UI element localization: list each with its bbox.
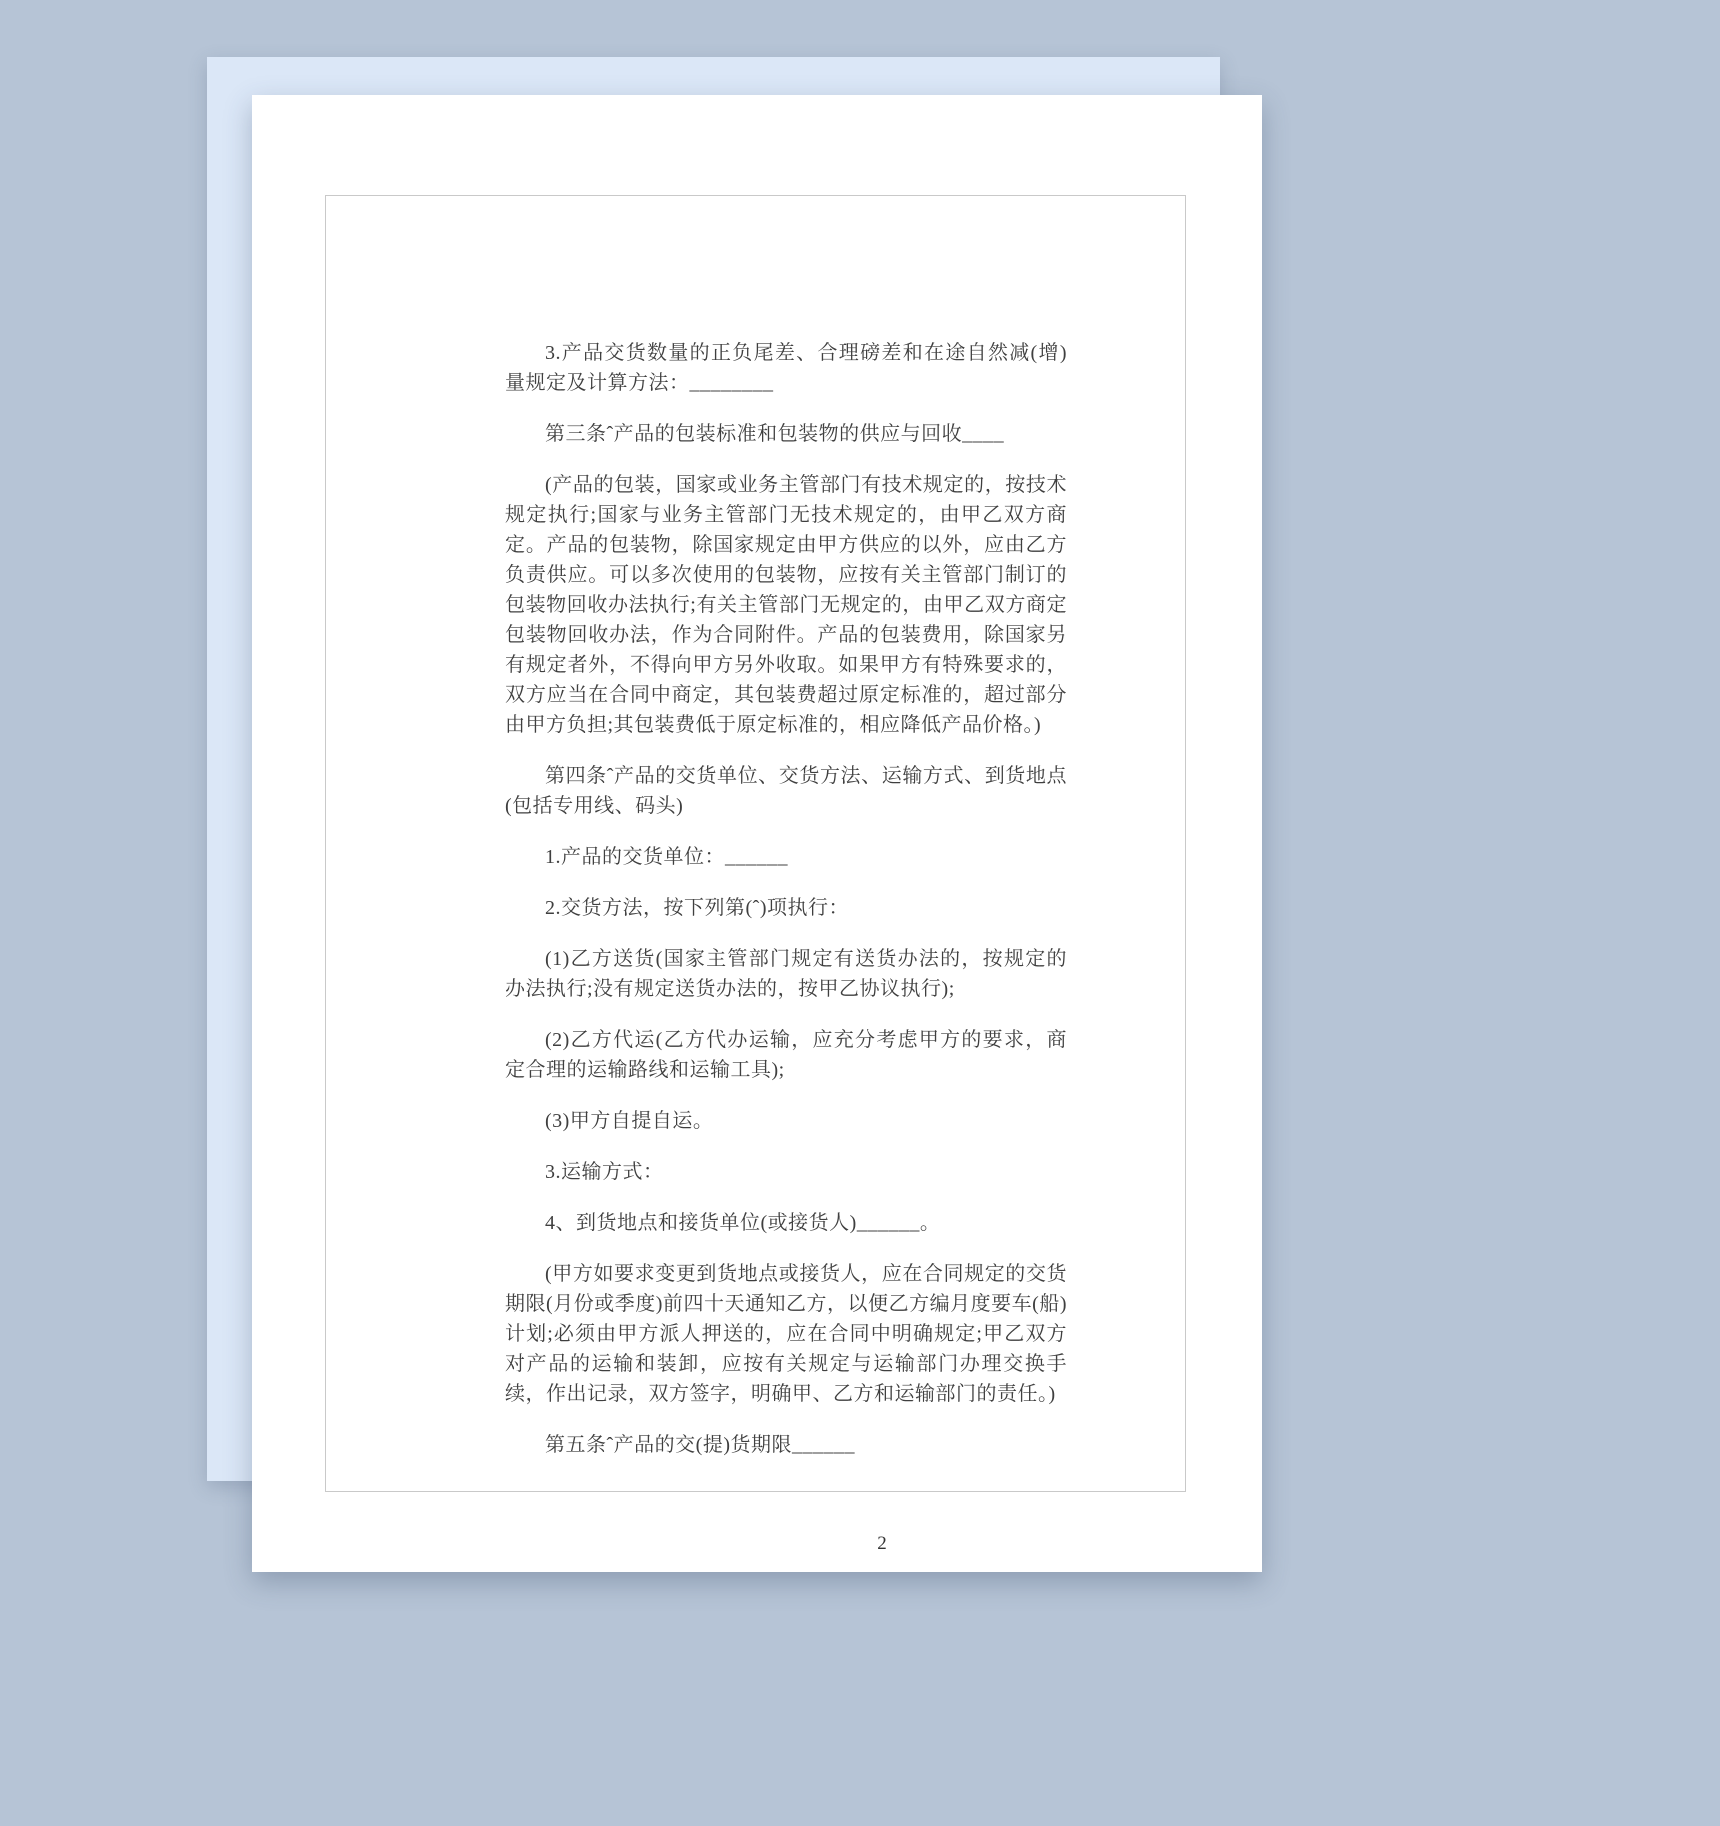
paragraph-delivery-method: 2.交货方法，按下列第(ˆ)项执行：	[505, 893, 1067, 923]
paragraph-article-5-heading: 第五条ˆ产品的交(提)货期限______	[505, 1430, 1067, 1460]
paragraph-option-1: (1)乙方送货(国家主管部门规定有送货办法的，按规定的办法执行;没有规定送货办法…	[505, 944, 1067, 1004]
paragraph-article-3-heading: 第三条ˆ产品的包装标准和包装物的供应与回收____	[505, 419, 1067, 449]
document-content: 3.产品交货数量的正负尾差、合理磅差和在途自然减(增)量规定及计算方法：____…	[505, 338, 1067, 1481]
paragraph-packaging-notes: (产品的包装，国家或业务主管部门有技术规定的，按技术规定执行;国家与业务主管部门…	[505, 470, 1067, 740]
document-page: 3.产品交货数量的正负尾差、合理磅差和在途自然减(增)量规定及计算方法：____…	[252, 95, 1262, 1572]
paragraph-article-4-heading: 第四条ˆ产品的交货单位、交货方法、运输方式、到货地点(包括专用线、码头)	[505, 761, 1067, 821]
paragraph-option-2: (2)乙方代运(乙方代办运输，应充分考虑甲方的要求，商定合理的运输路线和运输工具…	[505, 1025, 1067, 1085]
paragraph-change-notes: (甲方如要求变更到货地点或接货人，应在合同规定的交货期限(月份或季度)前四十天通…	[505, 1259, 1067, 1409]
paragraph-delivery-unit: 1.产品的交货单位：______	[505, 842, 1067, 872]
paragraph-arrival-place: 4、到货地点和接货单位(或接货人)______。	[505, 1208, 1067, 1238]
paragraph-option-3: (3)甲方自提自运。	[505, 1106, 1067, 1136]
paragraph-clause-quantity: 3.产品交货数量的正负尾差、合理磅差和在途自然减(增)量规定及计算方法：____…	[505, 338, 1067, 398]
paragraph-transport-mode: 3.运输方式：	[505, 1157, 1067, 1187]
page-number: 2	[870, 1533, 894, 1555]
